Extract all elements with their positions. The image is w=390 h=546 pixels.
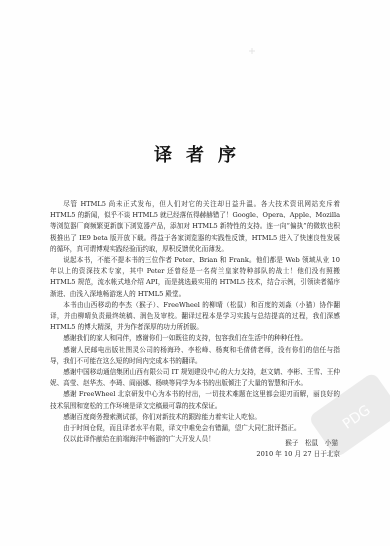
paragraph-thanks-baidu: 感谢百度商务搜索测试部，你们对新技术的跟踪能力着实让人吃惊。 — [50, 412, 340, 423]
signature-date: 2010 年 10 月 27 日于北京 — [220, 449, 340, 460]
paragraph-translators: 本书由山西移动的李杰（猴子）、FreeWheel 的柳晴（松鼠）和百度的刘淼（小… — [50, 300, 340, 334]
svg-text:PDG: PDG — [340, 402, 374, 432]
paragraph-thanks-freewheel: 感谢 FreeWheel 北京研发中心为本书的付出，一切技术难题在这里都会迎刃而… — [50, 389, 340, 411]
paragraph-thanks-mobile: 感谢中国移动通信集团山西有限公司 IT 规划建设中心的大力支持，赵文婧、李彬、王… — [50, 367, 340, 389]
scan-mark-icon — [249, 48, 255, 54]
paragraph-intro: 尽管 HTML5 尚未正式发布，但人们对它的关注却日益升温。各大技术资讯网站充斥… — [50, 199, 340, 255]
signature-block: 猴子 松鼠 小猫 2010 年 10 月 27 日于北京 — [220, 438, 340, 460]
paragraph-thanks-publisher: 感谢人民邮电出版社图灵公司的杨海玲、李松峰、杨爽和毛倩倩老师，没有你们的信任与指… — [50, 345, 340, 367]
preface-body: 尽管 HTML5 尚未正式发布，但人们对它的关注却日益升温。各大技术资讯网站充斥… — [50, 199, 340, 445]
paragraph-authors: 说起本书，不能不提本书的三位作者 Peter、Brian 和 Frank。他们都… — [50, 255, 340, 300]
translator-names: 猴子 松鼠 小猫 — [220, 438, 340, 449]
document-page: 译者序 尽管 HTML5 尚未正式发布，但人们对它的关注却日益升温。各大技术资讯… — [0, 0, 390, 546]
page-title: 译者序 — [0, 141, 390, 167]
paragraph-apology: 由于时间仓促，而且译者水平有限，译文中难免会有错漏，望广大同仁批评指正。 — [50, 423, 340, 434]
paragraph-thanks-family: 感谢我们的家人和同伴，感谢你们一如既往的支持，包容我们在生活中的种种任性。 — [50, 333, 340, 344]
